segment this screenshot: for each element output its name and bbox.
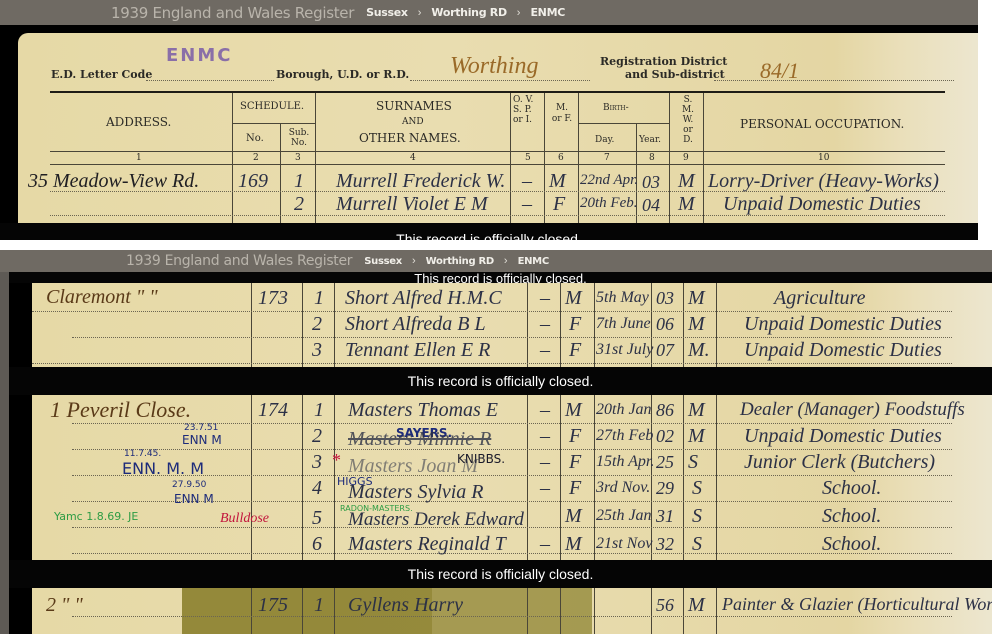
register-page-segment-3: 2 " " 175 1 Gyllens Harry 56 M Painter &… — [32, 588, 992, 634]
schedule-cell: 173 — [258, 287, 288, 310]
birth-day-cell: 5th May — [596, 289, 649, 307]
registration-label-2: and Sub-district — [625, 68, 725, 81]
closed-record-banner: This record is officially closed. — [9, 367, 992, 395]
birth-year-cell: 29 — [656, 478, 674, 499]
name-cell: Masters Sylvia R — [348, 481, 484, 504]
address-cell: Claremont " " — [46, 286, 158, 309]
register-title: 1939 England and Wales Register — [126, 253, 352, 269]
name-cell: Masters Derek Edward — [348, 509, 524, 531]
birth-year-cell: 03 — [656, 288, 674, 309]
ovspi-cell: – — [540, 399, 550, 422]
breadcrumb-county[interactable]: Sussex — [366, 6, 408, 19]
schedule-cell: 174 — [258, 399, 288, 422]
sub-no-cell: 2 — [312, 425, 322, 448]
name-cell: Gyllens Harry — [348, 594, 463, 617]
sub-no-cell: 2 — [294, 193, 304, 216]
sex-cell: F — [553, 193, 565, 216]
ovspi-cell: – — [540, 313, 550, 336]
occupation-cell: School. — [822, 505, 881, 528]
annotation-enn-2: ENN. M. M — [122, 459, 204, 478]
registration-value: 84/1 — [760, 58, 799, 84]
status-cell: M. — [688, 339, 710, 362]
col-schedule-sub: Sub. No. — [286, 128, 312, 148]
col-number: 5 — [525, 153, 531, 163]
status-cell: S — [692, 505, 702, 528]
col-other-names: OTHER NAMES. — [359, 131, 461, 145]
birth-year-cell: 31 — [656, 506, 674, 527]
occupation-cell: Dealer (Manager) Foodstuffs — [740, 399, 965, 421]
status-cell: M — [678, 193, 695, 216]
occupation-cell: Painter & Glazier (Horticultural Works) — [722, 594, 992, 615]
sex-cell: M — [565, 533, 582, 556]
birth-year-cell: 32 — [656, 534, 674, 555]
birth-year-cell: 07 — [656, 340, 674, 361]
sex-cell: F — [569, 451, 581, 474]
sex-cell: F — [569, 339, 581, 362]
col-number: 9 — [683, 153, 689, 163]
breadcrumb-district[interactable]: Worthing RD — [426, 256, 494, 267]
col-birth-year: Year. — [639, 135, 661, 145]
breadcrumb-ed-code[interactable]: ENMC — [518, 256, 549, 267]
status-cell: M — [678, 170, 695, 193]
sub-no-cell: 3 — [312, 451, 322, 474]
birth-day-cell: 3rd Nov. — [596, 479, 650, 497]
col-smwd: S. M. W. or D. — [678, 95, 698, 145]
name-cell: Masters Reginald T — [348, 533, 506, 556]
annotation-enn-1: ENN M — [182, 433, 222, 447]
breadcrumb-district[interactable]: Worthing RD — [431, 6, 506, 19]
register-page-segment-2: 1 Peveril Close. 23.7.51 ENN M 11.7.45. … — [32, 395, 992, 560]
occupation-cell: School. — [822, 533, 881, 556]
col-number: 8 — [649, 153, 655, 163]
col-birth-day: Day. — [595, 135, 614, 145]
birth-day-cell: 20th Feb. — [580, 195, 638, 212]
birth-year-cell: 04 — [642, 195, 660, 216]
breadcrumb-separator-icon: › — [418, 7, 422, 19]
register-header: 1939 England and Wales Register Sussex ›… — [0, 250, 992, 272]
address-cell: 35 Meadow-View Rd. — [28, 170, 199, 193]
sub-no-cell: 6 — [312, 533, 322, 556]
birth-year-cell: 86 — [656, 400, 674, 421]
sex-cell: F — [569, 313, 581, 336]
closed-record-banner: This record is officially closed. — [0, 223, 978, 240]
birth-year-cell: 06 — [656, 314, 674, 335]
annotation-enn-date-1: 23.7.51 — [184, 423, 218, 433]
col-number: 10 — [818, 153, 829, 163]
ed-letter-code-label: E.D. Letter Code — [51, 68, 152, 81]
borough-label: Borough, U.D. or R.D. — [276, 68, 409, 81]
sub-no-cell: 2 — [312, 313, 322, 336]
register-title: 1939 England and Wales Register — [111, 4, 354, 22]
ovspi-cell: – — [540, 451, 550, 474]
occupation-cell: Unpaid Domestic Duties — [744, 425, 942, 448]
sub-no-cell: 1 — [314, 594, 324, 617]
col-ovspi: O. V. S. P. or I. — [513, 95, 543, 125]
birth-day-cell: 22nd Apr. — [580, 172, 638, 189]
col-number: 7 — [604, 153, 610, 163]
register-page-segment-1: Claremont " " 173 1 Short Alfred H.M.C –… — [32, 283, 992, 367]
col-occupation: PERSONAL OCCUPATION. — [740, 117, 904, 131]
col-address: ADDRESS. — [106, 115, 171, 129]
sub-no-cell: 1 — [314, 399, 324, 422]
sub-no-cell: 5 — [312, 507, 322, 530]
schedule-cell: 169 — [238, 170, 268, 193]
occupation-cell: Unpaid Domestic Duties — [744, 339, 942, 362]
ovspi-cell: – — [522, 170, 532, 193]
sex-cell: M — [549, 170, 566, 193]
ovspi-cell: – — [540, 477, 550, 500]
birth-day-cell: 15th Apr. — [596, 453, 654, 471]
closed-record-banner: This record is officially closed. — [9, 272, 992, 283]
address-cell: 2 " " — [46, 594, 83, 617]
annotation-red-note: Bulldose — [220, 511, 269, 527]
col-number: 4 — [410, 153, 416, 163]
name-cell: Masters Minnie R — [348, 428, 491, 451]
sub-no-cell: 3 — [312, 339, 322, 362]
birth-day-cell: 21st Nov — [596, 535, 652, 553]
ovspi-cell: – — [522, 193, 532, 216]
birth-year-cell: 03 — [642, 172, 660, 193]
col-schedule-no: No. — [246, 133, 264, 144]
status-cell: M — [688, 594, 705, 617]
registration-label-1: Registration District — [600, 55, 727, 68]
ovspi-cell: – — [540, 425, 550, 448]
col-schedule: SCHEDULE. — [240, 101, 304, 112]
status-cell: M — [688, 287, 705, 310]
col-birth: Birth- — [603, 103, 629, 113]
occupation-cell: School. — [822, 477, 881, 500]
birth-year-cell: 25 — [656, 452, 674, 473]
register-page-top: ENMC E.D. Letter Code Borough, U.D. or R… — [18, 33, 978, 223]
breadcrumb-ed-code[interactable]: ENMC — [530, 6, 565, 19]
status-cell: S — [692, 477, 702, 500]
schedule-cell: 175 — [258, 594, 288, 617]
name-cell: Tennant Ellen E R — [345, 339, 490, 362]
name-cell: Short Alfreda B L — [345, 313, 486, 336]
occupation-cell: Unpaid Domestic Duties — [744, 313, 942, 336]
sex-cell: M — [565, 505, 582, 528]
status-cell: M — [688, 425, 705, 448]
top-screenshot: 1939 England and Wales Register Sussex ›… — [0, 0, 978, 240]
col-number: 2 — [253, 153, 259, 163]
address-cell: 1 Peveril Close. — [50, 397, 191, 423]
col-surnames: SURNAMES — [376, 99, 452, 113]
sex-cell: M — [565, 287, 582, 310]
birth-day-cell: 7th June — [596, 315, 651, 333]
annotation-enn-date-3: 27.9.50 — [172, 480, 206, 490]
annotation-enn-3: ENN M — [174, 492, 214, 506]
breadcrumb-separator-icon: › — [517, 7, 521, 19]
col-number: 1 — [136, 153, 142, 163]
borough-value: Worthing — [450, 53, 538, 80]
name-cell: Short Alfred H.M.C — [345, 287, 502, 310]
ovspi-cell: – — [540, 339, 550, 362]
ovspi-cell: – — [540, 533, 550, 556]
annotation-asterisk: * — [332, 450, 341, 471]
closed-record-banner: This record is officially closed. — [9, 560, 992, 588]
birth-day-cell: 27th Feb — [596, 427, 653, 445]
sex-cell: M — [565, 399, 582, 422]
register-header: 1939 England and Wales Register Sussex ›… — [0, 0, 978, 25]
birth-day-cell: 31st July — [596, 341, 653, 359]
sub-no-cell: 1 — [314, 287, 324, 310]
bottom-screenshot: 1939 England and Wales Register Sussex ›… — [0, 250, 992, 634]
sub-no-cell: 1 — [294, 170, 304, 193]
name-cell: Masters Thomas E — [348, 399, 498, 422]
sex-cell: F — [569, 425, 581, 448]
ed-code-stamp: ENMC — [166, 45, 232, 66]
name-cell: Masters Joan M — [348, 455, 478, 478]
occupation-cell: Junior Clerk (Butchers) — [744, 451, 935, 474]
sex-cell: F — [569, 477, 581, 500]
col-mf: M. or F. — [551, 103, 573, 125]
breadcrumb-county[interactable]: Sussex — [364, 256, 402, 267]
breadcrumb-separator-icon: › — [504, 255, 508, 267]
annotation-enn-date-2: 11.7.45. — [124, 449, 161, 459]
col-number: 3 — [295, 153, 301, 163]
occupation-cell: Agriculture — [774, 287, 865, 310]
birth-day-cell: 25th Jan — [596, 507, 652, 525]
occupation-cell: Lorry-Driver (Heavy-Works) — [708, 170, 939, 193]
status-cell: S — [692, 533, 702, 556]
col-number: 6 — [558, 153, 564, 163]
status-cell: M — [688, 399, 705, 422]
ovspi-cell: – — [540, 287, 550, 310]
sub-no-cell: 4 — [312, 477, 322, 500]
occupation-cell: Unpaid Domestic Duties — [723, 193, 921, 216]
status-cell: M — [688, 313, 705, 336]
birth-year-cell: 56 — [656, 595, 674, 616]
status-cell: S — [688, 451, 698, 474]
birth-year-cell: 02 — [656, 426, 674, 447]
breadcrumb-separator-icon: › — [412, 255, 416, 267]
col-surnames-and: AND — [402, 117, 424, 127]
birth-day-cell: 20th Jan — [596, 401, 652, 419]
name-cell: Murrell Frederick W. — [336, 170, 505, 193]
name-cell: Murrell Violet E M — [336, 193, 488, 216]
annotation-yamc: Yamc 1.8.69. JE — [54, 510, 138, 523]
